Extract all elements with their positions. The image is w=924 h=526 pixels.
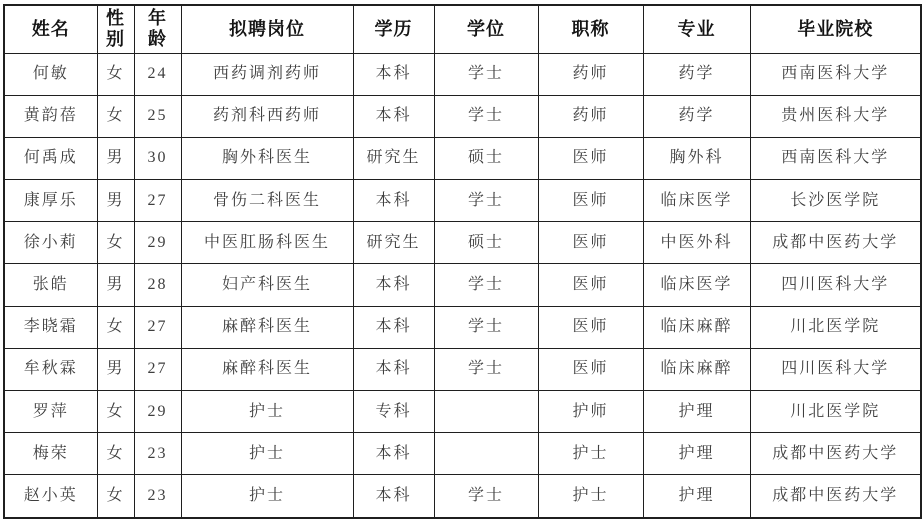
- cell-position: 西药调剂药师: [181, 53, 353, 95]
- cell-degree: 学士: [434, 306, 538, 348]
- cell-job-title: 护士: [538, 475, 643, 518]
- cell-name: 张皓: [4, 264, 97, 306]
- cell-age: 27: [134, 180, 181, 222]
- cell-education: 研究生: [353, 222, 434, 264]
- cell-degree: 学士: [434, 475, 538, 518]
- column-header-name: 姓名: [4, 5, 97, 53]
- column-header-age: 年龄: [134, 5, 181, 53]
- cell-position: 药剂科西药师: [181, 95, 353, 137]
- cell-degree: 学士: [434, 348, 538, 390]
- cell-education: 本科: [353, 95, 434, 137]
- column-header-education: 学历: [353, 5, 434, 53]
- cell-job-title: 医师: [538, 348, 643, 390]
- cell-job-title: 护师: [538, 391, 643, 433]
- table-row: 徐小莉女29中医肛肠科医生研究生硕士医师中医外科成都中医药大学: [4, 222, 921, 264]
- cell-position: 中医肛肠科医生: [181, 222, 353, 264]
- cell-major: 护理: [643, 391, 750, 433]
- cell-school: 成都中医药大学: [750, 475, 921, 518]
- cell-age: 27: [134, 348, 181, 390]
- cell-major: 临床医学: [643, 180, 750, 222]
- cell-major: 护理: [643, 433, 750, 475]
- cell-age: 29: [134, 222, 181, 264]
- cell-position: 护士: [181, 391, 353, 433]
- cell-gender: 女: [97, 391, 134, 433]
- cell-position: 护士: [181, 433, 353, 475]
- cell-age: 30: [134, 137, 181, 179]
- cell-gender: 男: [97, 264, 134, 306]
- table-row: 康厚乐男27骨伤二科医生本科学士医师临床医学长沙医学院: [4, 180, 921, 222]
- cell-degree: 学士: [434, 95, 538, 137]
- cell-name: 罗萍: [4, 391, 97, 433]
- cell-age: 24: [134, 53, 181, 95]
- column-header-gender: 性别: [97, 5, 134, 53]
- cell-education: 研究生: [353, 137, 434, 179]
- cell-job-title: 医师: [538, 180, 643, 222]
- cell-name: 梅荣: [4, 433, 97, 475]
- cell-major: 临床麻醉: [643, 348, 750, 390]
- cell-gender: 男: [97, 137, 134, 179]
- cell-gender: 女: [97, 475, 134, 518]
- cell-job-title: 药师: [538, 95, 643, 137]
- cell-gender: 女: [97, 222, 134, 264]
- cell-job-title: 药师: [538, 53, 643, 95]
- cell-name: 何禹成: [4, 137, 97, 179]
- cell-degree: 学士: [434, 53, 538, 95]
- cell-name: 何敏: [4, 53, 97, 95]
- column-header-job-title: 职称: [538, 5, 643, 53]
- cell-degree: [434, 391, 538, 433]
- cell-school: 西南医科大学: [750, 53, 921, 95]
- cell-age: 28: [134, 264, 181, 306]
- cell-name: 李晓霜: [4, 306, 97, 348]
- cell-education: 本科: [353, 306, 434, 348]
- cell-age: 27: [134, 306, 181, 348]
- cell-school: 西南医科大学: [750, 137, 921, 179]
- cell-school: 川北医学院: [750, 391, 921, 433]
- table-row: 罗萍女29护士专科护师护理川北医学院: [4, 391, 921, 433]
- cell-major: 药学: [643, 95, 750, 137]
- table-body: 何敏女24西药调剂药师本科学士药师药学西南医科大学黄韵蓓女25药剂科西药师本科学…: [4, 53, 921, 518]
- column-header-degree: 学位: [434, 5, 538, 53]
- cell-education: 本科: [353, 475, 434, 518]
- cell-name: 赵小英: [4, 475, 97, 518]
- cell-position: 胸外科医生: [181, 137, 353, 179]
- cell-degree: 硕士: [434, 137, 538, 179]
- cell-school: 川北医学院: [750, 306, 921, 348]
- column-header-major: 专业: [643, 5, 750, 53]
- cell-age: 25: [134, 95, 181, 137]
- table-row: 黄韵蓓女25药剂科西药师本科学士药师药学贵州医科大学: [4, 95, 921, 137]
- cell-position: 骨伤二科医生: [181, 180, 353, 222]
- cell-education: 专科: [353, 391, 434, 433]
- cell-gender: 男: [97, 348, 134, 390]
- cell-major: 护理: [643, 475, 750, 518]
- cell-age: 23: [134, 433, 181, 475]
- cell-position: 麻醉科医生: [181, 348, 353, 390]
- cell-position: 护士: [181, 475, 353, 518]
- cell-education: 本科: [353, 348, 434, 390]
- cell-major: 临床医学: [643, 264, 750, 306]
- column-header-school: 毕业院校: [750, 5, 921, 53]
- cell-school: 四川医科大学: [750, 264, 921, 306]
- cell-major: 药学: [643, 53, 750, 95]
- table-row: 何禹成男30胸外科医生研究生硕士医师胸外科西南医科大学: [4, 137, 921, 179]
- header-row: 姓名性别年龄拟聘岗位学历学位职称专业毕业院校: [4, 5, 921, 53]
- recruitment-table: 姓名性别年龄拟聘岗位学历学位职称专业毕业院校 何敏女24西药调剂药师本科学士药师…: [3, 4, 922, 519]
- cell-job-title: 医师: [538, 137, 643, 179]
- cell-major: 中医外科: [643, 222, 750, 264]
- cell-position: 麻醉科医生: [181, 306, 353, 348]
- cell-gender: 女: [97, 433, 134, 475]
- cell-major: 胸外科: [643, 137, 750, 179]
- table-row: 牟秋霖男27麻醉科医生本科学士医师临床麻醉四川医科大学: [4, 348, 921, 390]
- cell-gender: 男: [97, 180, 134, 222]
- cell-major: 临床麻醉: [643, 306, 750, 348]
- document-page: 姓名性别年龄拟聘岗位学历学位职称专业毕业院校 何敏女24西药调剂药师本科学士药师…: [0, 0, 924, 526]
- table-row: 李晓霜女27麻醉科医生本科学士医师临床麻醉川北医学院: [4, 306, 921, 348]
- cell-name: 牟秋霖: [4, 348, 97, 390]
- cell-degree: 学士: [434, 180, 538, 222]
- cell-age: 23: [134, 475, 181, 518]
- cell-job-title: 护士: [538, 433, 643, 475]
- table-row: 赵小英女23护士本科学士护士护理成都中医药大学: [4, 475, 921, 518]
- cell-school: 成都中医药大学: [750, 222, 921, 264]
- cell-position: 妇产科医生: [181, 264, 353, 306]
- cell-gender: 女: [97, 53, 134, 95]
- cell-job-title: 医师: [538, 264, 643, 306]
- cell-gender: 女: [97, 306, 134, 348]
- cell-education: 本科: [353, 180, 434, 222]
- cell-education: 本科: [353, 264, 434, 306]
- cell-degree: [434, 433, 538, 475]
- table-header: 姓名性别年龄拟聘岗位学历学位职称专业毕业院校: [4, 5, 921, 53]
- cell-education: 本科: [353, 53, 434, 95]
- cell-name: 黄韵蓓: [4, 95, 97, 137]
- cell-school: 贵州医科大学: [750, 95, 921, 137]
- cell-degree: 学士: [434, 264, 538, 306]
- table-row: 张皓男28妇产科医生本科学士医师临床医学四川医科大学: [4, 264, 921, 306]
- cell-degree: 硕士: [434, 222, 538, 264]
- cell-job-title: 医师: [538, 306, 643, 348]
- table-row: 何敏女24西药调剂药师本科学士药师药学西南医科大学: [4, 53, 921, 95]
- cell-job-title: 医师: [538, 222, 643, 264]
- cell-age: 29: [134, 391, 181, 433]
- cell-name: 康厚乐: [4, 180, 97, 222]
- cell-school: 四川医科大学: [750, 348, 921, 390]
- column-header-position: 拟聘岗位: [181, 5, 353, 53]
- cell-name: 徐小莉: [4, 222, 97, 264]
- cell-school: 长沙医学院: [750, 180, 921, 222]
- table-row: 梅荣女23护士本科护士护理成都中医药大学: [4, 433, 921, 475]
- cell-school: 成都中医药大学: [750, 433, 921, 475]
- cell-education: 本科: [353, 433, 434, 475]
- cell-gender: 女: [97, 95, 134, 137]
